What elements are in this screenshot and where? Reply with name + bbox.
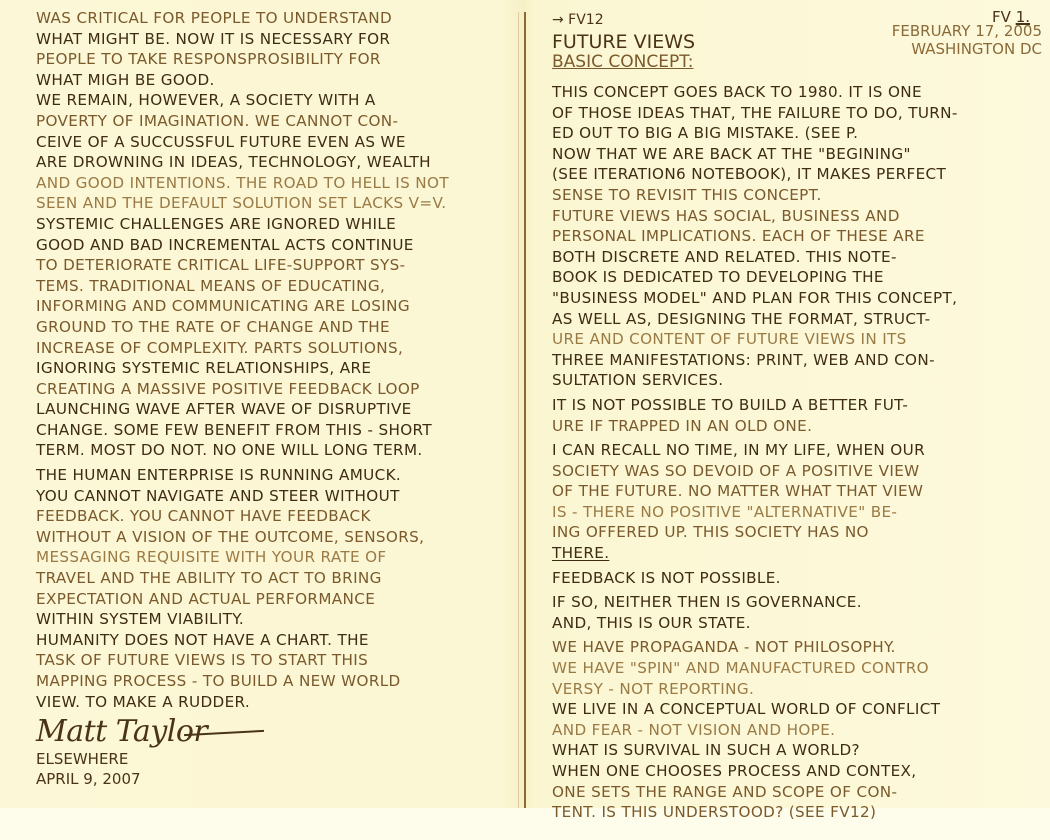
text-line: WHAT MIGHT BE. NOW IT IS NECESSARY FOR (36, 29, 516, 50)
text-line: LAUNCHING WAVE AFTER WAVE OF DISRUPTIVE (36, 399, 516, 420)
text-line: SYSTEMIC CHALLENGES ARE IGNORED WHILE (36, 214, 516, 235)
emphasis: THERE. (552, 544, 609, 562)
text-line: ONE SETS THE RANGE AND SCOPE OF CON- (552, 782, 1042, 803)
text-line: CEIVE OF A SUCCUSSFUL FUTURE EVEN AS WE (36, 132, 516, 153)
text-line: AND GOOD INTENTIONS. THE ROAD TO HELL IS… (36, 173, 516, 194)
entry-location: WASHINGTON DC (892, 40, 1042, 58)
text-line: URE IF TRAPPED IN AN OLD ONE. (552, 416, 1042, 437)
text-line: WHEN ONE CHOOSES PROCESS AND CONTEX, (552, 761, 1042, 782)
left-page: WAS CRITICAL FOR PEOPLE TO UNDERSTAND WH… (36, 8, 516, 789)
text-line: WHAT IS SURVIVAL IN SUCH A WORLD? (552, 740, 1042, 761)
text-line: TASK OF FUTURE VIEWS IS TO START THIS (36, 650, 516, 671)
text-line: WAS CRITICAL FOR PEOPLE TO UNDERSTAND (36, 8, 516, 29)
text-line: FUTURE VIEWS HAS SOCIAL, BUSINESS AND (552, 206, 1042, 227)
text-line: HUMANITY DOES NOT HAVE A CHART. THE (36, 630, 516, 651)
text-line: IS - THERE NO POSITIVE "ALTERNATIVE" BE- (552, 502, 1042, 523)
text-line: VIEW. TO MAKE A RUDDER. (36, 692, 516, 713)
text-line: POVERTY OF IMAGINATION. WE CANNOT CON- (36, 111, 516, 132)
text-line: ARE DROWNING IN IDEAS, TECHNOLOGY, WEALT… (36, 152, 516, 173)
right-page: → FV12 FV 1. FEBRUARY 17, 2005 WASHINGTO… (552, 8, 1042, 823)
text-line: WE REMAIN, HOWEVER, A SOCIETY WITH A (36, 90, 516, 111)
text-line: SOCIETY WAS SO DEVOID OF A POSITIVE VIEW (552, 461, 1042, 482)
text-line: I CAN RECALL NO TIME, IN MY LIFE, WHEN O… (552, 440, 1042, 461)
text-line: BOTH DISCRETE AND RELATED. THIS NOTE- (552, 247, 1042, 268)
notebook-gutter (524, 12, 526, 808)
text-line: GROUND TO THE RATE OF CHANGE AND THE (36, 317, 516, 338)
text-line: IF SO, NEITHER THEN IS GOVERNANCE. (552, 592, 1042, 613)
cross-reference: → FV12 (552, 12, 604, 28)
text-line: "BUSINESS MODEL" AND PLAN FOR THIS CONCE… (552, 288, 1042, 309)
text-line: WE LIVE IN A CONCEPTUAL WORLD OF CONFLIC… (552, 699, 1042, 720)
text-line: AS WELL AS, DESIGNING THE FORMAT, STRUCT… (552, 309, 1042, 330)
text-line: PERSONAL IMPLICATIONS. EACH OF THESE ARE (552, 226, 1042, 247)
text-line: THE HUMAN ENTERPRISE IS RUNNING AMUCK. (36, 465, 516, 486)
text-line: IGNORING SYSTEMIC RELATIONSHIPS, ARE (36, 358, 516, 379)
signature-place: ELSEWHERE (36, 749, 516, 769)
text-line: TENT. IS THIS UNDERSTOOD? (SEE FV12) (552, 802, 1042, 823)
text-line: (SEE iteration6 NOTEBOOK), IT MAKES PERF… (552, 164, 1042, 185)
text-line: VERSY - NOT REPORTING. (552, 679, 1042, 700)
text-line: SULTATION SERVICES. (552, 370, 1042, 391)
text-line: WE HAVE "SPIN" AND MANUFACTURED CONTRO (552, 658, 1042, 679)
text-line: GOOD AND BAD INCREMENTAL ACTS CONTINUE (36, 235, 516, 256)
text-line: TERM. MOST DO NOT. NO ONE WILL LONG TERM… (36, 440, 516, 461)
text-line: IT IS NOT POSSIBLE TO BUILD A BETTER FUT… (552, 395, 1042, 416)
text-line: SENSE TO REVISIT THIS CONCEPT. (552, 185, 1042, 206)
text-line: YOU CANNOT NAVIGATE AND STEER WITHOUT (36, 486, 516, 507)
entry-date: FEBRUARY 17, 2005 (892, 22, 1042, 40)
text-line: SEEN AND THE DEFAULT SOLUTION SET LACKS … (36, 193, 516, 214)
text-line: WHAT MIGH BE GOOD. (36, 70, 516, 91)
text-line: FEEDBACK. YOU CANNOT HAVE FEEDBACK (36, 506, 516, 527)
text-line: WITHIN SYSTEM VIABILITY. (36, 609, 516, 630)
text-line: AND, THIS IS OUR STATE. (552, 613, 1042, 634)
signature-date: APRIL 9, 2007 (36, 769, 516, 789)
text-line: ING OFFERED UP. THIS SOCIETY HAS NO (552, 522, 1042, 543)
text-line: FEEDBACK IS NOT POSSIBLE. (552, 568, 1042, 589)
text-line: EXPECTATION AND ACTUAL PERFORMANCE (36, 589, 516, 610)
text-line: TRAVEL AND THE ABILITY TO ACT TO BRING (36, 568, 516, 589)
text-line: THIS CONCEPT GOES BACK TO 1980. IT IS ON… (552, 82, 1042, 103)
text-line: AND FEAR - NOT VISION AND HOPE. (552, 720, 1042, 741)
text-line: MESSAGING REQUISITE WITH YOUR RATE OF (36, 547, 516, 568)
text-line: INFORMING AND COMMUNICATING ARE LOSING (36, 296, 516, 317)
text-line: NOW THAT WE ARE BACK AT THE "BEGINING" (552, 144, 1042, 165)
text-line: MAPPING PROCESS - TO BUILD A NEW WORLD (36, 671, 516, 692)
entry-meta: FEBRUARY 17, 2005 WASHINGTON DC (892, 22, 1042, 58)
text-line: URE AND CONTENT OF FUTURE VIEWS IN ITS (552, 329, 1042, 350)
signature: Matt Taylor (36, 714, 516, 749)
text-line: WITHOUT A VISION OF THE OUTCOME, SENSORS… (36, 527, 516, 548)
text-line: THERE. (552, 543, 1042, 564)
text-line: CREATING A MASSIVE POSITIVE FEEDBACK LOO… (36, 379, 516, 400)
text-line: PEOPLE TO TAKE RESPONSPROSIBILITY FOR (36, 49, 516, 70)
text-line: CHANGE. SOME FEW BENEFIT FROM THIS - SHO… (36, 420, 516, 441)
text-line: BOOK IS DEDICATED TO DEVELOPING THE (552, 267, 1042, 288)
text-line: INCREASE OF COMPLEXITY. PARTS SOLUTIONS, (36, 338, 516, 359)
text-line: OF THE FUTURE. NO MATTER WHAT THAT VIEW (552, 481, 1042, 502)
left-page-edge (518, 12, 519, 808)
text-line: TEMS. TRADITIONAL MEANS OF EDUCATING, (36, 276, 516, 297)
text-line: THREE MANIFESTATIONS: PRINT, WEB AND CON… (552, 350, 1042, 371)
text-line: ED OUT TO BIG A BIG MISTAKE. (SEE P. (552, 123, 1042, 144)
text-line: OF THOSE IDEAS THAT, THE FAILURE TO DO, … (552, 103, 1042, 124)
text-line: TO DETERIORATE CRITICAL LIFE-SUPPORT SYS… (36, 255, 516, 276)
text-line: WE HAVE PROPAGANDA - NOT PHILOSOPHY. (552, 637, 1042, 658)
